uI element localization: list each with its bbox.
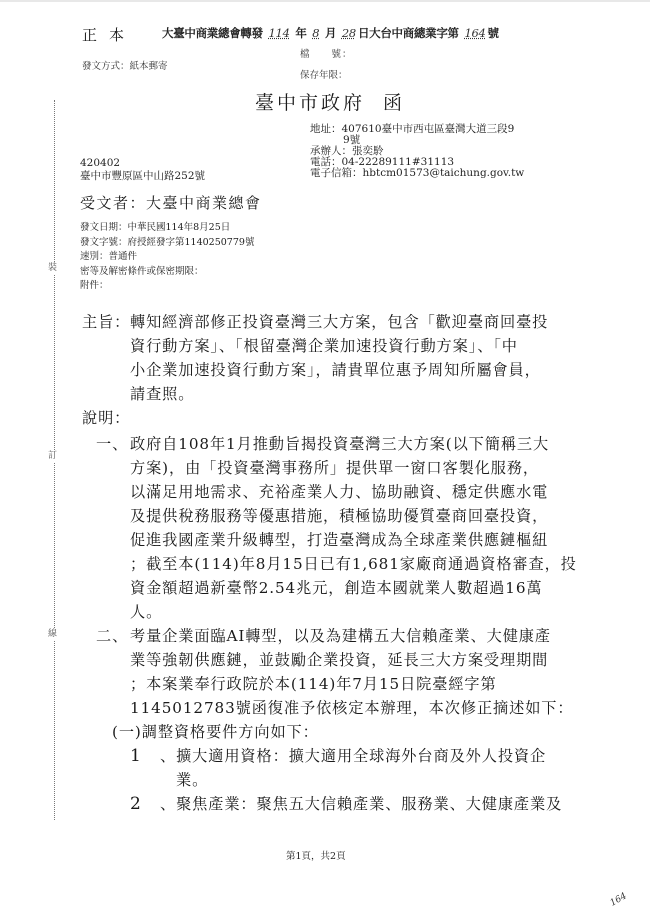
point-2: 、聚焦產業：聚焦五大信賴產業、服務業、大健康產業及: [160, 792, 562, 816]
document-meta: 發文日期：中華民國114年8月25日 發文字號：府授經發字第1140250779…: [80, 221, 254, 294]
point-number: 1: [130, 744, 142, 768]
item-line: 促進我國產業升級轉型，打造臺灣成為全球產業供應鏈樞紐: [130, 528, 577, 552]
item-line: 考量企業面臨AI轉型，以及為建構五大信賴產業、大健康產: [130, 624, 573, 648]
stamp-year: 114: [267, 26, 292, 40]
retention-period-label: 保存年限：: [300, 67, 348, 81]
delivery-speed: 速別：普通件: [80, 250, 254, 265]
page-number: 第1頁，共2頁: [286, 848, 346, 862]
file-number-label: 檔 號：: [300, 46, 353, 60]
explanation-item-1: 政府自108年1月推動旨揭投資臺灣三大方案(以下簡稱三大 方案)，由「投資臺灣事…: [130, 432, 577, 624]
stamp-month-unit: 月: [325, 26, 336, 40]
subject-line: 資行動方案」、「根留臺灣企業加速投資行動方案」、「中: [130, 334, 548, 358]
point-line: 、擴大適用資格：擴大適用全球海外台商及外人投資企: [160, 744, 546, 768]
subject-line: 請查照。: [130, 382, 548, 406]
subsection-heading: (一)調整資格要件方向如下：: [112, 720, 319, 744]
recipient-postcode: 420402: [80, 157, 205, 170]
scan-top-edge: [0, 0, 650, 2]
item-number: 一、: [96, 432, 128, 456]
item-line: 人。: [130, 600, 577, 624]
subject-line: 轉知經濟部修正投資臺灣三大方案，包含「歡迎臺商回臺投: [130, 310, 548, 334]
binding-mark-bind: 裝: [48, 262, 57, 274]
subject-text: 轉知經濟部修正投資臺灣三大方案，包含「歡迎臺商回臺投 資行動方案」、「根留臺灣企…: [130, 310, 548, 406]
item-line: 政府自108年1月推動旨揭投資臺灣三大方案(以下簡稱三大: [130, 432, 577, 456]
explanation-item-2: 考量企業面臨AI轉型，以及為建構五大信賴產業、大健康產 業等強韌供應鏈，並鼓勵企…: [130, 624, 573, 720]
point-line: 業。: [160, 768, 546, 792]
recipient-street: 臺中市豐原區中山路252號: [80, 170, 205, 183]
receipt-stamp: 大臺中商業總會轉發 114 年 8 月 28日大台中商總業字第 164號: [162, 25, 499, 41]
item-line: ；本案業奉行政院於本(114)年7月15日院臺經字第: [130, 672, 573, 696]
copy-mark: 正本: [82, 24, 136, 45]
email: 電子信箱：hbtcm01573@taichung.gov.tw: [310, 168, 524, 179]
binding-mark-staple: 訂: [48, 450, 57, 462]
subject-line: 小企業加速投資行動方案」，請貴單位惠予周知所屬會員，: [130, 358, 548, 382]
item-line: 1145012783號函復准予依核定本辦理，本次修正摘述如下：: [130, 696, 573, 720]
document-title: 臺中市政府函: [255, 88, 405, 115]
stamp-year-unit: 年: [295, 26, 306, 40]
attachments: 附件：: [80, 279, 254, 294]
stamp-month: 8: [310, 26, 321, 40]
item-line: ；截至本(114)年8月15日已有1,681家廠商通過資格審查，投: [130, 552, 577, 576]
send-method: 發文方式：紙本郵寄: [82, 58, 168, 72]
explanation-label: 說明：: [82, 406, 130, 430]
sender-contact: 地址：407610臺中市西屯區臺灣大道三段9 9號 承辦人：張奕駖 電話：04-…: [310, 124, 524, 179]
item-line: 業等強韌供應鏈，並鼓勵企業投資，延長三大方案受理期間: [130, 648, 573, 672]
point-number: 2: [130, 792, 142, 816]
agency-name: 臺中市政府: [255, 92, 365, 114]
stamp-mid: 日大台中商總業字第: [358, 26, 459, 40]
stamp-number: 164: [462, 26, 487, 40]
item-line: 資金額超過新臺幣2.54兆元，創造本國就業人數超過16萬: [130, 576, 577, 600]
point-line: 、聚焦產業：聚焦五大信賴產業、服務業、大健康產業及: [160, 792, 562, 816]
receiver: 受文者：大臺中商業總會: [80, 192, 262, 213]
stamp-day: 28: [340, 26, 358, 40]
document-number: 發文字號：府授經發字第1140250779號: [80, 236, 254, 251]
item-line: 以滿足用地需求、充裕產業人力、協助融資、穩定供應水電: [130, 480, 577, 504]
subject-label: 主旨：: [82, 310, 130, 334]
handwritten-note: 164: [609, 891, 629, 908]
point-1: 、擴大適用資格：擴大適用全球海外台商及外人投資企 業。: [160, 744, 546, 792]
item-number: 二、: [96, 624, 128, 648]
recipient-address: 420402 臺中市豐原區中山路252號: [80, 157, 205, 183]
issue-date: 發文日期：中華民國114年8月25日: [80, 221, 254, 236]
document-type: 函: [383, 92, 405, 114]
stamp-prefix: 大臺中商業總會轉發: [162, 26, 263, 40]
stamp-suffix: 號: [488, 26, 499, 40]
item-line: 方案)，由「投資臺灣事務所」提供單一窗口客製化服務，: [130, 456, 577, 480]
item-line: 及提供稅務服務等優惠措施，積極協助優質臺商回臺投資，: [130, 504, 577, 528]
secrecy-level: 密等及解密條件或保密期限：: [80, 265, 254, 280]
binding-mark-line: 線: [48, 628, 57, 640]
